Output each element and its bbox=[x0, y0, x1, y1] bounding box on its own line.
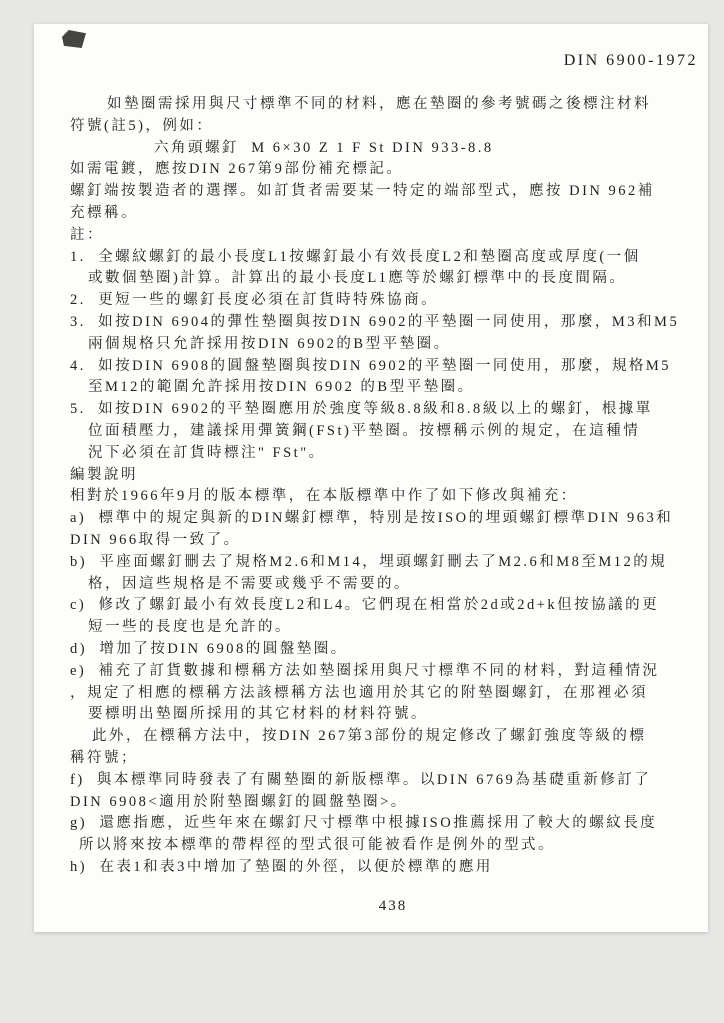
change-item-c: c) 修改了螺釘最小有效長度L2和L4。它們現在相當於2d或2d+k但按協議的更 bbox=[70, 595, 706, 617]
text-line: 短一些的長度也是允許的。 bbox=[70, 617, 706, 639]
text-line: 符號(註5)，例如： bbox=[70, 116, 706, 138]
change-item-e: e) 補充了訂貨數據和標稱方法如墊圈採用與尺寸標準不同的材料，對這種情況 bbox=[70, 661, 706, 683]
change-item-b: b) 平座面螺釘刪去了規格M2.6和M14，埋頭螺釘刪去了M2.6和M8至M12… bbox=[70, 552, 706, 574]
note-item-3: 3. 如按DIN 6904的彈性墊圈與按DIN 6902的平墊圈一同使用，那麼，… bbox=[70, 312, 706, 334]
standard-reference-header: DIN 6900-1972 bbox=[564, 52, 698, 70]
change-item-h: h) 在表1和表3中增加了墊圈的外徑，以便於標準的應用 bbox=[70, 857, 706, 879]
editorial-notes-heading: 編製說明 bbox=[70, 465, 706, 487]
designation-example-line: 六角頭螺釘 M 6×30 Z 1 F St DIN 933-8.8 bbox=[70, 138, 706, 160]
text-line: 況下必須在訂貨時標注" FSt"。 bbox=[70, 443, 706, 465]
note-item-1: 1. 全螺紋螺釘的最小長度L1按螺釘最小有效長度L2和墊圈高度或厚度(一個 bbox=[70, 247, 706, 269]
text-line: 如需電鍍，應按DIN 267第9部份補充標記。 bbox=[70, 159, 706, 181]
document-page: DIN 6900-1972 如墊圈需採用與尺寸標準不同的材料，應在墊圈的參考號碼… bbox=[34, 24, 708, 932]
text-line: 充標稱。 bbox=[70, 203, 706, 225]
document-body: 如墊圈需採用與尺寸標準不同的材料，應在墊圈的參考號碼之後標注材料 符號(註5)，… bbox=[70, 94, 706, 879]
change-item-d: d) 增加了按DIN 6908的圓盤墊圈。 bbox=[70, 639, 706, 661]
scan-ink-mark-artifact bbox=[62, 30, 86, 48]
text-line: ，所以將來按本標準的帶桿徑的型式很可能被看作是例外的型式。 bbox=[70, 835, 706, 857]
text-line: 位面積壓力，建議採用彈簧鋼(FSt)平墊圈。按標稱示例的規定，在這種情 bbox=[70, 421, 706, 443]
text-line: 螺釘端按製造者的選擇。如訂貨者需要某一特定的端部型式，應按 DIN 962補 bbox=[70, 181, 706, 203]
note-item-4: 4. 如按DIN 6908的圓盤墊圈與按DIN 6902的平墊圈一同使用，那麼，… bbox=[70, 356, 706, 378]
notes-heading: 註： bbox=[70, 225, 706, 247]
text-line: 或數個墊圈)計算。計算出的最小長度L1應等於螺釘標準中的長度間隔。 bbox=[70, 268, 706, 290]
text-line: 要標明出墊圈所採用的其它材料的材料符號。 bbox=[70, 704, 706, 726]
note-item-5: 5. 如按DIN 6902的平墊圈應用於強度等級8.8級和8.8級以上的螺釘，根… bbox=[70, 399, 706, 421]
text-line: DIN 6908<適用於附墊圈螺釘的圓盤墊圈>。 bbox=[70, 792, 706, 814]
text-line: 相對於1966年9月的版本標準，在本版標準中作了如下修改與補充： bbox=[70, 486, 706, 508]
text-line: 此外，在標稱方法中，按DIN 267第3部份的規定修改了螺釘強度等級的標 bbox=[70, 726, 706, 748]
change-item-g: g) 還應指應，近些年來在螺釘尺寸標準中根據ISO推薦採用了較大的螺紋長度 bbox=[70, 813, 706, 835]
text-line: DIN 966取得一致了。 bbox=[70, 530, 706, 552]
text-line: 稱符號； bbox=[70, 748, 706, 770]
change-item-a: a) 標準中的規定與新的DIN螺釘標準，特別是按ISO的埋頭螺釘標準DIN 96… bbox=[70, 508, 706, 530]
text-line: 如墊圈需採用與尺寸標準不同的材料，應在墊圈的參考號碼之後標注材料 bbox=[70, 94, 706, 116]
text-line: 兩個規格只允許採用按DIN 6902的B型平墊圈。 bbox=[70, 334, 706, 356]
note-item-2: 2. 更短一些的螺釘長度必須在訂貨時特殊協商。 bbox=[70, 290, 706, 312]
text-line: 至M12的範圍允許採用按DIN 6902 的B型平墊圈。 bbox=[70, 377, 706, 399]
change-item-f: f) 與本標準同時發表了有關墊圈的新版標準。以DIN 6769為基礎重新修訂了 bbox=[70, 770, 706, 792]
page-number: 438 bbox=[34, 898, 708, 915]
text-line: ，規定了相應的標稱方法該標稱方法也適用於其它的附墊圈螺釘，在那裡必須 bbox=[70, 683, 706, 705]
text-line: 格，因這些規格是不需要或幾乎不需要的。 bbox=[70, 574, 706, 596]
